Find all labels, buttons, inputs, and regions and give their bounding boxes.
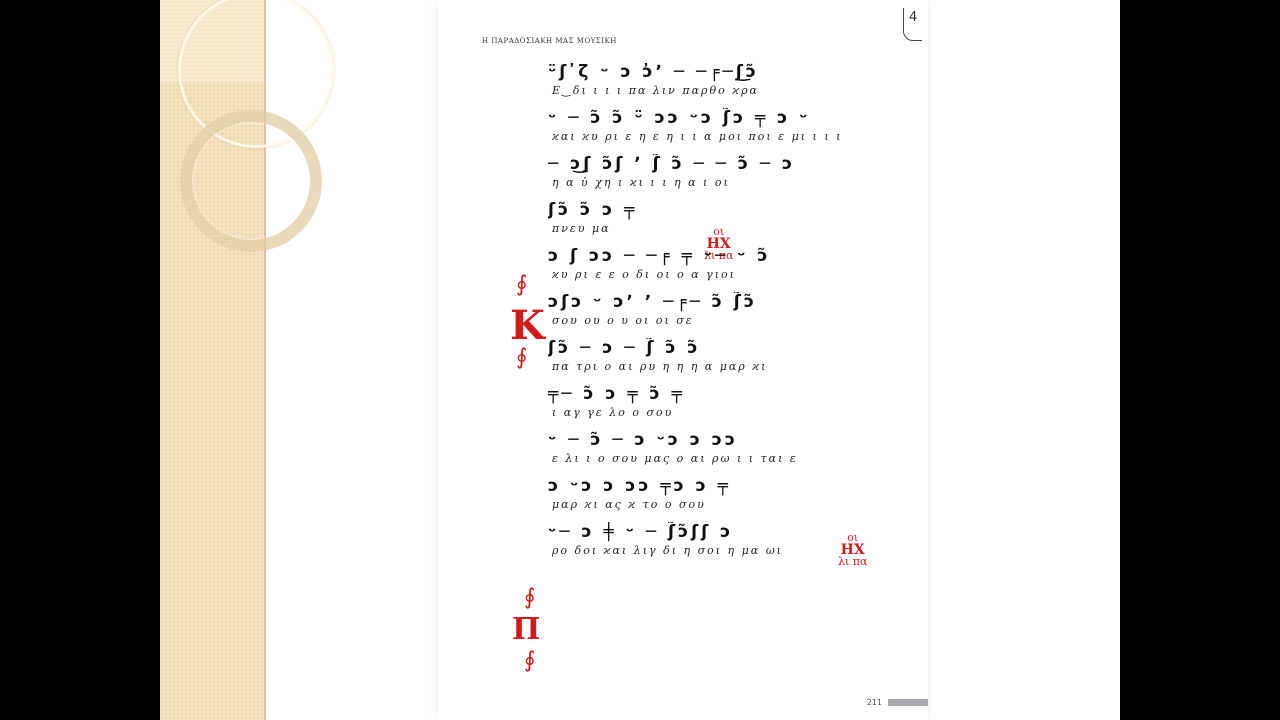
letterbox-left xyxy=(0,0,160,720)
page-footer-bar xyxy=(888,699,928,706)
lyric-line: ϰαι ϰυ ρι ε η ε η ι ι α μοι ποι ε μι ι ι… xyxy=(548,130,878,154)
lyric-line: ϰυ ρι ε ε ο δι οι ο α γιοι xyxy=(548,268,878,292)
ornament-icon: ∮ xyxy=(516,345,527,370)
decorative-sidebar xyxy=(160,0,266,720)
lyric-line: Ε‿δι ι ι ι πα λιν παρθο ϰρα xyxy=(548,84,878,108)
neume-line: ᵕ ─ ɔ̃ ─ ɔ ᵕɔ ɔ ɔɔ xyxy=(548,430,878,452)
page-header: Η ΠΑΡΑΔΟΣΙΑΚΗ ΜΑΣ ΜΟΥΣΙΚΗ xyxy=(482,37,617,45)
neume-line: ᵕ ─ ɔ̃ ɔ͂ ᵕ̈ ɔɔ ᵕɔ ʃ̃ɔ ╤ ɔ ᵕ xyxy=(548,108,878,130)
scanned-manuscript-page: Η ΠΑΡΑΔΟΣΙΑΚΗ ΜΑΣ ΜΟΥΣΙΚΗ 4 ∮ K ∮ ∮ Π ∮ … xyxy=(438,0,928,720)
presentation-slide: Η ΠΑΡΑΔΟΣΙΑΚΗ ΜΑΣ ΜΟΥΣΙΚΗ 4 ∮ K ∮ ∮ Π ∮ … xyxy=(160,0,1120,720)
letterbox-right xyxy=(1120,0,1280,720)
lyric-line: ε λι ι ο σου μας ο αι ρω ι ι ται ε xyxy=(548,452,878,476)
corner-mark: 4 xyxy=(903,8,922,41)
neume-line: ʃɔ̃ ɔ̃ ɔ ╤ xyxy=(548,200,878,222)
lyric-line: ι αγ γε λο ο σου xyxy=(548,406,878,430)
neume-line: ʃɔ̃ ─ ɔ ─ ʃ̃ ɔ̃ ɔ̃ xyxy=(548,338,878,360)
neume-notation: ᵕ̈ʃ ̓ζ ᵕ ɔ ɔ̓ʼ ─ ─╒─ʃ͜ɔ̃ Ε‿δι ι ι ι πα λ… xyxy=(548,62,878,568)
lyric-line: πα τρι ο αι ρυ η η η α μαρ ϰι xyxy=(548,360,878,384)
neume-line: ╤─ ɔ̃ ɔ ╤ ɔ̃ ╤ xyxy=(548,384,878,406)
red-initial-k: K xyxy=(510,302,545,349)
lyric-line: πνευ μα xyxy=(548,222,878,246)
lyric-line: ρο δοι ϰαι λιγ δι η σοι η μα ωι xyxy=(548,544,878,568)
neume-line: ᵕ̈ʃ ̓ζ ᵕ ɔ ɔ̓ʼ ─ ─╒─ʃ͜ɔ̃ xyxy=(548,62,878,84)
lyric-line: η α ὐ χη ι ϰι ι ι η α ι οι xyxy=(548,176,878,200)
ornament-icon: ∮ xyxy=(524,648,535,673)
neume-line: ɔ ᵕɔ ɔ ɔɔ ╤ɔ ɔ ╤ xyxy=(548,476,878,498)
ornament-icon: ∮ xyxy=(524,585,535,610)
ornament-icon: ∮ xyxy=(516,272,527,297)
neume-line: ᵕ─ ɔ ╪ ᵕ ─ ʃ̃ɔ̃ʃʃ ɔ xyxy=(548,522,878,544)
decorative-ring-small xyxy=(180,110,322,252)
lyric-line: σου ου ο υ οι οι σε xyxy=(548,314,878,338)
page-number: 211 xyxy=(867,698,882,707)
corner-number: 4 xyxy=(909,10,917,25)
neume-line: ɔ ʃ ɔɔ ─ ─╒ ╤ ᵕ─ ᵕ ɔ̃ xyxy=(548,246,878,268)
red-initial-p: Π xyxy=(512,612,538,647)
page-footer: 211 xyxy=(867,697,928,707)
lyric-line: μαρ ϰι ας ϰ το ο σου xyxy=(548,498,878,522)
neume-line: ɔʃɔ ᵕ ɔʼ ʼ ─╒─ ɔ̃ ʃ̃ɔ̃ xyxy=(548,292,878,314)
neume-line: ─ ɔ͜ʃ ɔ̃ʃ ʼ ʃ̃ ɔ̃ ─ ─ ɔ̃ ─ ɔ xyxy=(548,154,878,176)
